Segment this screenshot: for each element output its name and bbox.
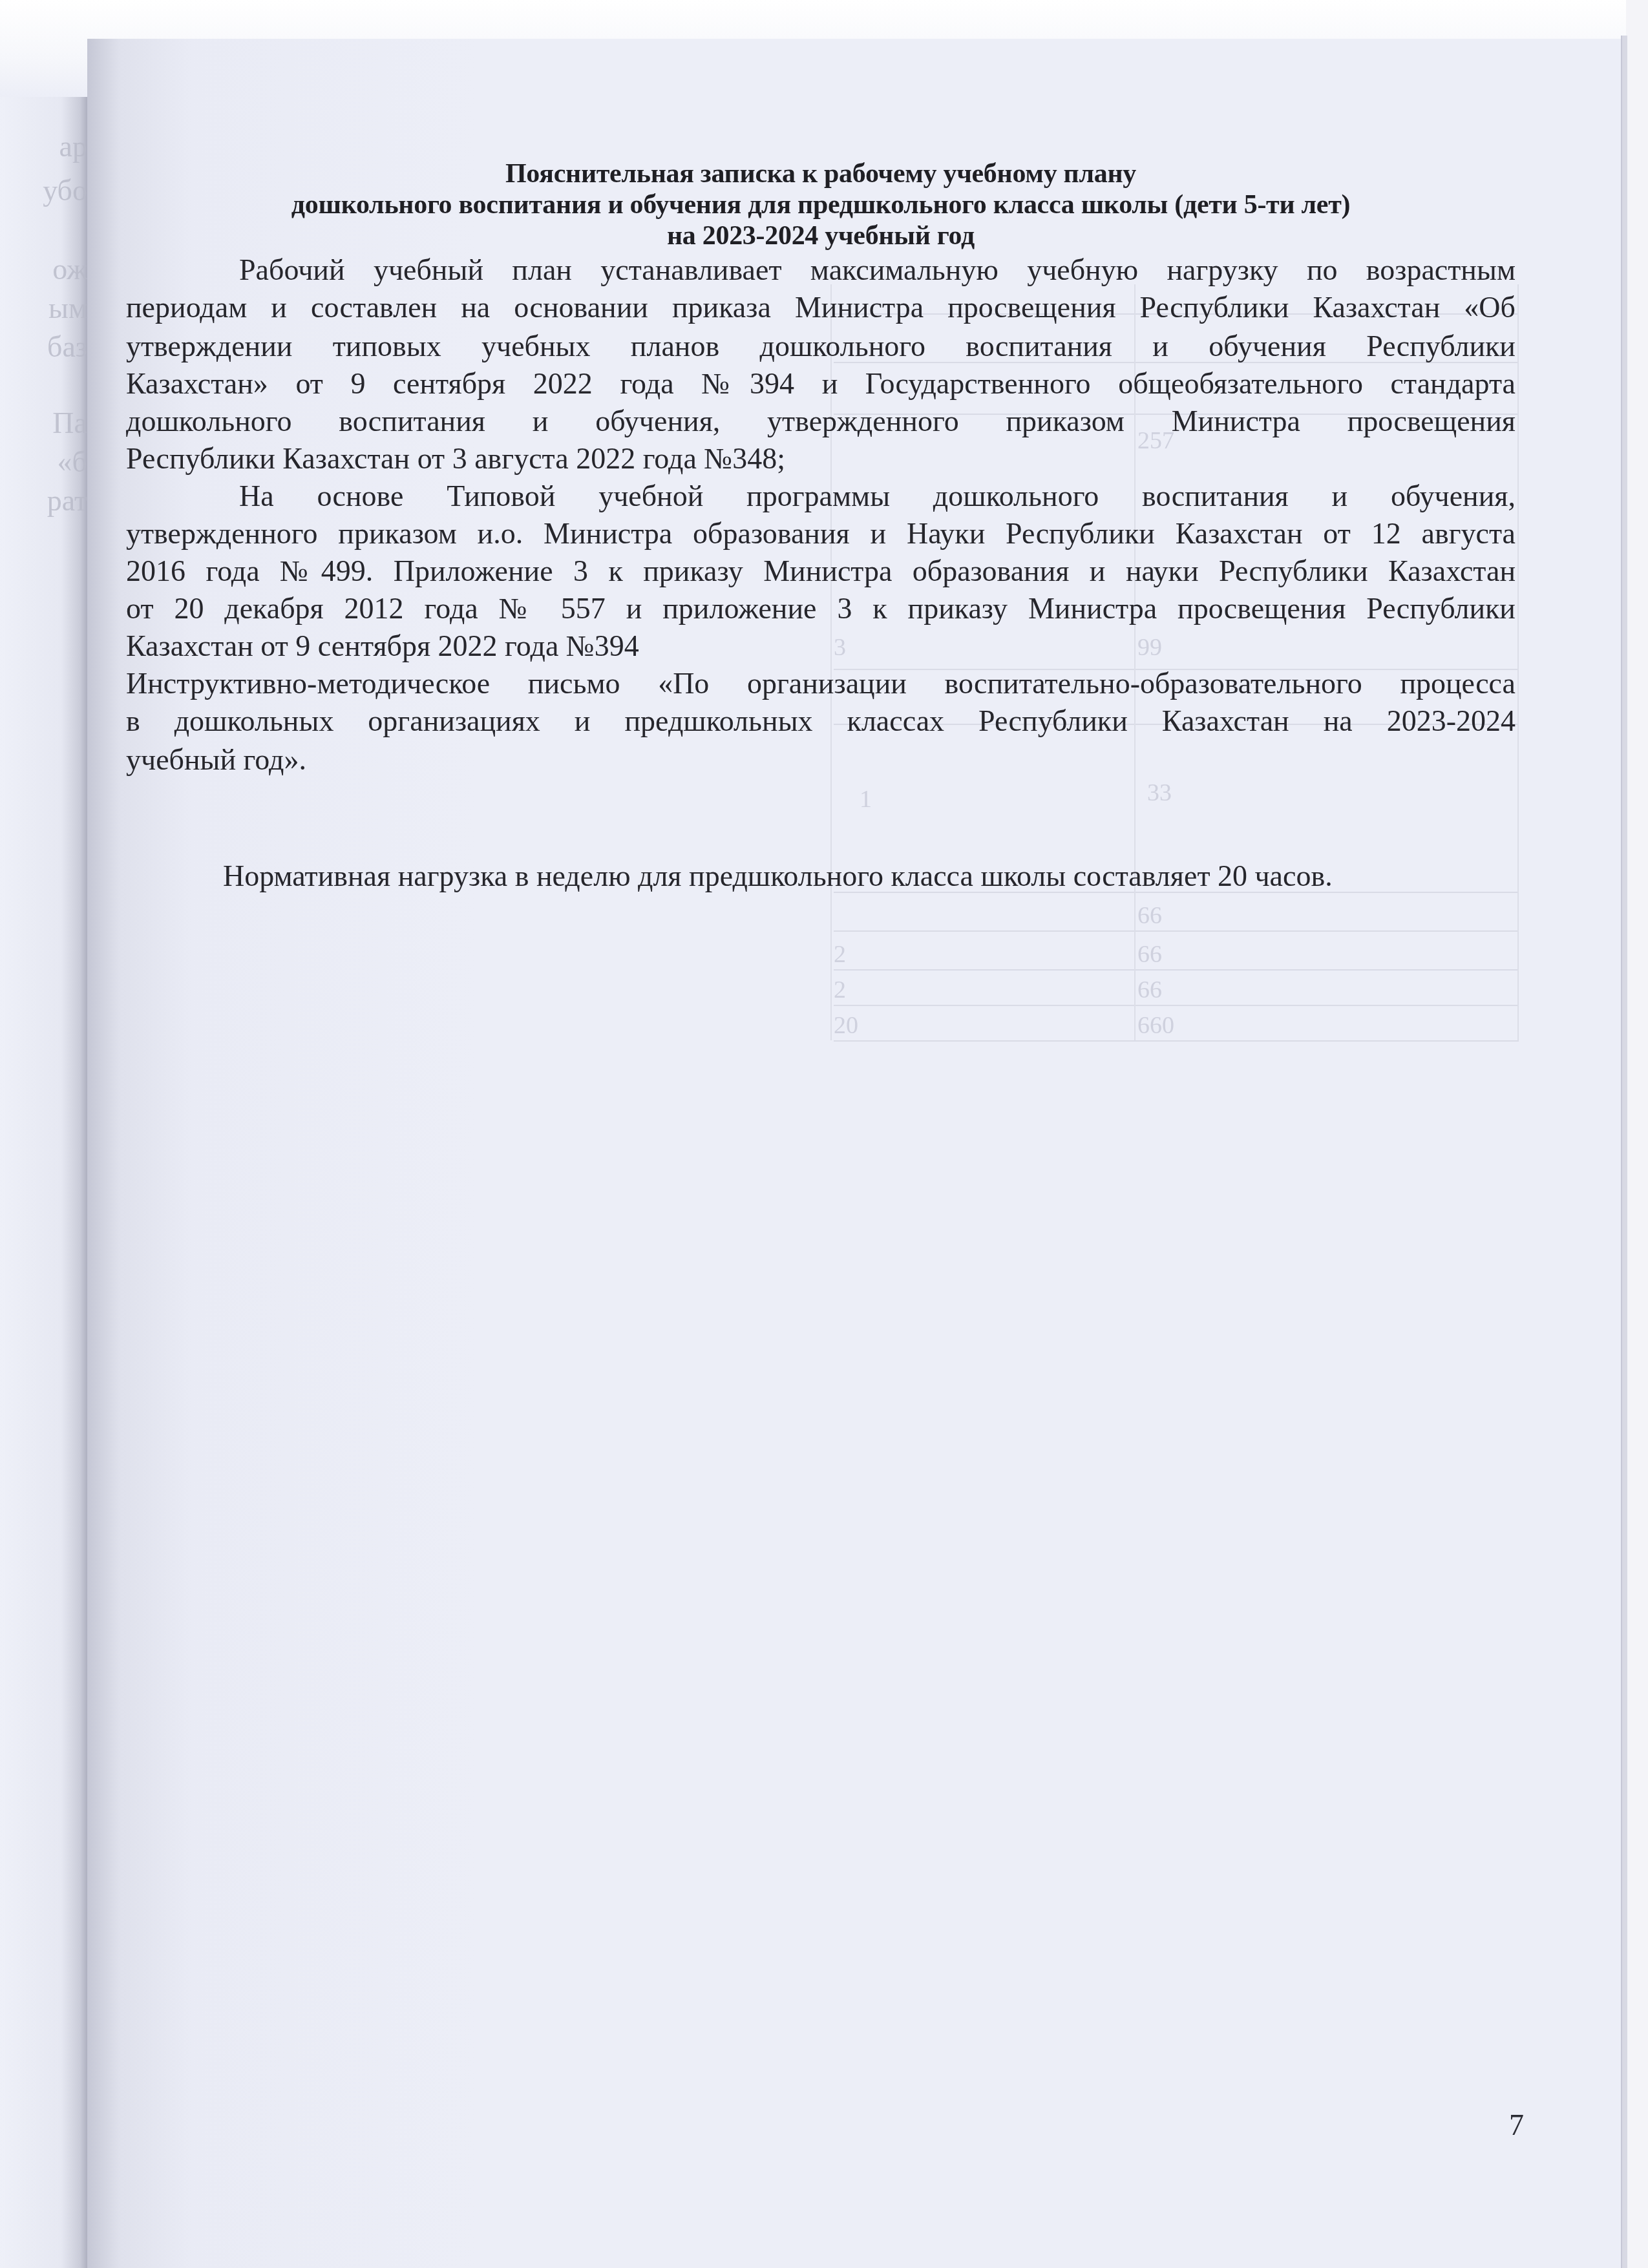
title-line-2: дошкольного воспитания и обучения для пр… [126, 189, 1516, 220]
paragraph-2-line: На основе Типовой учебной программы дошк… [239, 479, 1516, 513]
paragraph-1-line: дошкольного воспитания и обучения, утвер… [126, 404, 1516, 438]
paragraph-3-line: Инструктивно-методическое письмо «По орг… [126, 667, 1516, 700]
paragraph-2-line: от 20 декабря 2012 года № 557 и приложен… [126, 592, 1516, 625]
paragraph-2-line: 2016 года №499. Приложение 3 к приказу М… [126, 554, 1516, 588]
paragraph-1-line: Казахстан» от 9 сентября 2022 года №394 … [126, 367, 1516, 401]
page-number: 7 [1509, 2108, 1524, 2142]
paragraph-1-line: утверждении типовых учебных планов дошко… [126, 330, 1516, 363]
paragraph-1-line: Республики Казахстан от 3 августа 2022 г… [126, 442, 1516, 476]
paragraph-3-line: учебный год». [126, 743, 1516, 777]
paragraph-2-line: Казахстан от 9 сентября 2022 года №394 [126, 629, 1516, 663]
paragraph-1-line: периодам и составлен на основании приказ… [126, 291, 1516, 324]
paragraph-3-line: в дошкольных организациях и предшкольных… [126, 704, 1516, 738]
paragraph-1-line: Рабочий учебный план устанавливает макси… [239, 253, 1516, 287]
normative-load-statement: Нормативная нагрузка в неделю для предшк… [223, 859, 1516, 893]
document-content: Пояснительная записка к рабочему учебном… [0, 0, 1648, 2268]
title-line-3: на 2023-2024 учебный год [126, 220, 1516, 251]
paragraph-2-line: утвержденного приказом и.о. Министра обр… [126, 517, 1516, 551]
title-line-1: Пояснительная записка к рабочему учебном… [126, 158, 1516, 189]
